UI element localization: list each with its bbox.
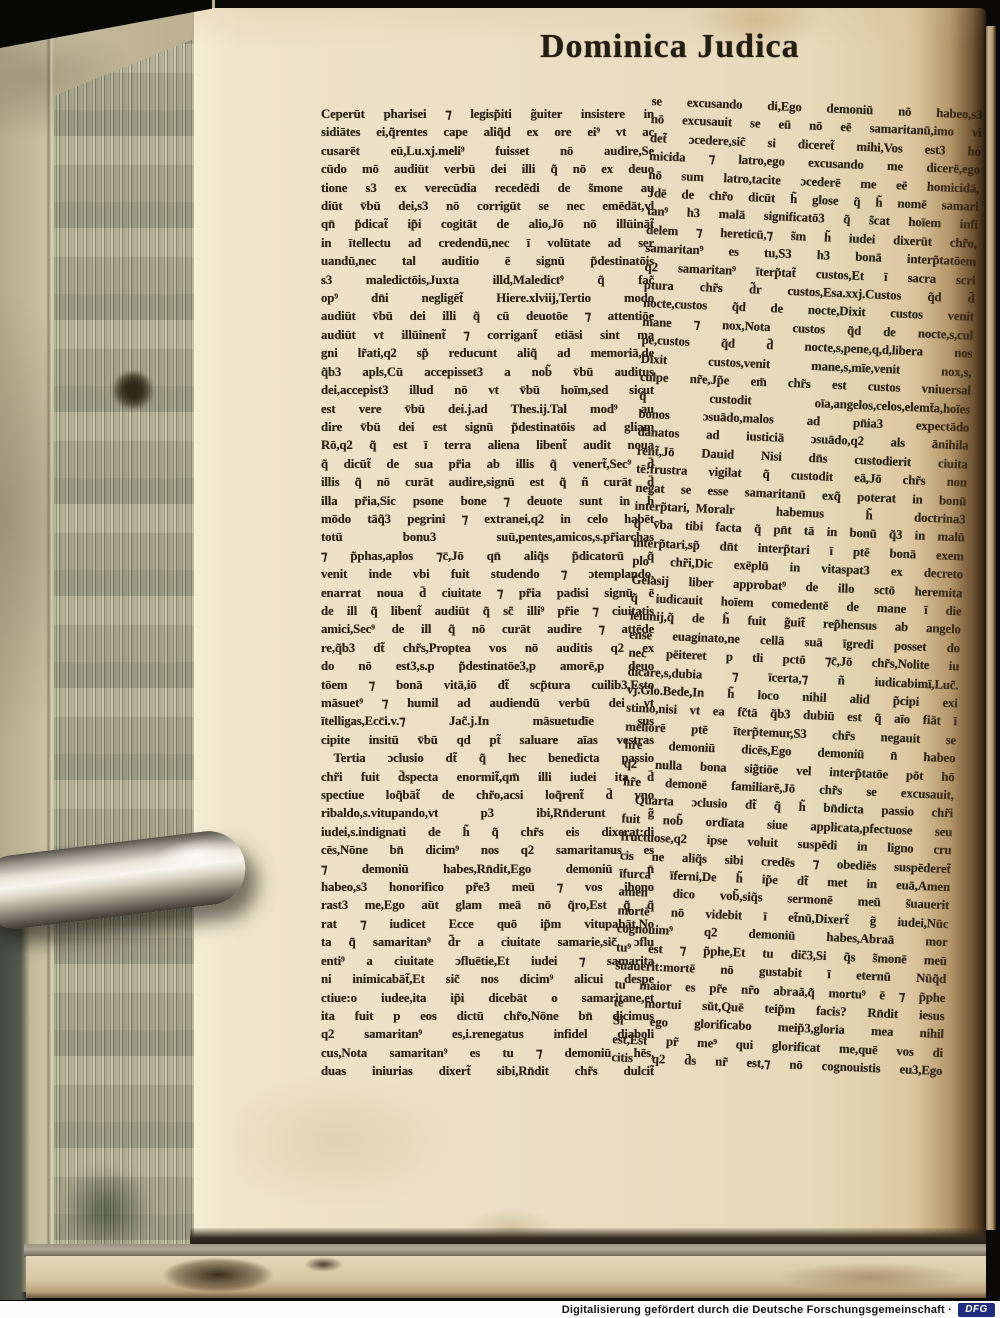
text-line: ⁊ demoniū habes,Rn̄dit,Ego demoniū n̄ <box>321 860 654 878</box>
text-line: tione s3 ex verecūdia recedēdi de s̃mone… <box>321 179 654 197</box>
caption-bar: Digitalisierung gefördert durch die Deut… <box>0 1301 1000 1318</box>
scan-backdrop <box>0 900 30 1300</box>
text-column-left: Ceperūt pharisei ⁊ legisp̃iti g̃uiter in… <box>321 105 654 1085</box>
text-line: ni inimicabāt̃,Et sic̃ nos dicim⁹ alicui… <box>321 970 654 988</box>
digitization-caption: Digitalisierung gefördert durch die Deut… <box>562 1304 952 1316</box>
text-line: ribaldo,s.vitupando,vt p3 ibi,Rn̄derunt … <box>321 804 654 822</box>
text-line: Rō,q2 q̃ est ī terra aliena libent̃ audi… <box>321 436 654 454</box>
text-line: est vere v̄bū dei.j.ad Thes.ij.Tal mod⁹ … <box>321 400 654 418</box>
text-line: gni lr̃ati,q2 sp̃ reducunt aliq̃ ad memo… <box>321 344 654 362</box>
text-line: q̃b3 apls,Cū accepisset3 a nob̃ v̄bū aud… <box>321 363 654 381</box>
digitized-book-scan: Dominica Judica Ceperūt pharisei ⁊ legis… <box>0 0 1000 1318</box>
text-line: dire v̄bū dei est signū p̃destinatōis ad… <box>321 418 654 436</box>
text-line: audiūt vt illūinent̃ ⁊ corrigant̃ etiāsi… <box>321 326 654 344</box>
text-line: māsuet⁹ ⁊ humil ad audiendū verbū dei vt <box>321 694 654 712</box>
bottom-cover-edge <box>26 1256 986 1298</box>
text-line: tōem ⁊ bonā vitā,iō dt̃ scp̃tura cuilib3… <box>321 676 654 694</box>
text-line: iudei,s.indignati de h̃ q̃ chr̃s eis dix… <box>321 823 654 841</box>
text-line: spectiue loq̃bāt̃ de chr̃o,acsi loq̃rent… <box>321 786 654 804</box>
dfg-logo: DFG <box>958 1303 995 1317</box>
text-line: cūdo mō audiūt verbū dei illi q̃ nō ex d… <box>321 160 654 178</box>
text-line: cipite insitū v̄bū qd pt̃ saluare aīas v… <box>321 731 654 749</box>
text-line: Ceperūt pharisei ⁊ legisp̃iti g̃uiter in… <box>321 105 654 123</box>
fore-edge-stain <box>112 372 154 408</box>
text-line: qn̄ p̃dicat̃ ip̃i cogitāt de alio,Jō nō … <box>321 215 654 233</box>
text-line: q2 samaritan⁹ es,i.renegatus infidel dia… <box>321 1025 654 1043</box>
text-line: dei,accepist3 illud nō vt v̄bū hoīm,sed … <box>321 381 654 399</box>
text-line: chr̃i fuit d̄specta enormit̃,qm̄ illi iu… <box>321 768 654 786</box>
text-line: op⁹ dn̄i negligēt̃ Hiere.xlviij,Tertio m… <box>321 289 654 307</box>
text-line: ītelligas,Ecc̄i.v.⁊ Jac̃.j.In māsuetudīe… <box>321 712 654 730</box>
text-line: cēs,Nōne bn̄ dicim⁹ nos q2 samaritanus e… <box>321 841 654 859</box>
text-line: duas iniurias dixert̃ sibi,Rn̄dit chr̃s … <box>321 1062 654 1080</box>
text-line: venit inde vbi fuit studendo ⁊ ɔtempland… <box>321 565 654 583</box>
text-line: illis q̃ nō curāt audire,signū est q̃ ñ … <box>321 473 654 491</box>
cover-ridge <box>46 20 54 1280</box>
text-line: totū bonu3 suū,pentes,amicos,s.pr̃iarcha… <box>321 528 654 546</box>
text-line: illa pr̃ia,Sic psone bone ⁊ deuote sunt … <box>321 492 654 510</box>
text-line: uandū,nec tal auditio ē signū p̃destinat… <box>321 252 654 270</box>
text-line: enti⁹ a ciuitate ɔfluētie,Et iudei ⁊ sam… <box>321 952 654 970</box>
text-line: do nō est3,s.p p̃destinatōe3,p amorē,p d… <box>321 657 654 675</box>
text-line: q̃ dicūt̃ de sua pr̃ia ab illis q̃ vener… <box>321 455 654 473</box>
text-line: in ītellectu ad credendū,nec ī volūtate … <box>321 234 654 252</box>
text-line: de ill q̃ libent̃ audiūt q̃ sc̃ illi⁹ pr… <box>321 602 654 620</box>
text-line: enarrat noua d̄ ciuitate ⁊ pr̃ia padisi … <box>321 584 654 602</box>
text-line: rat ⁊ iudicet Ecce quō ip̃m vitupabāt,No <box>321 915 654 933</box>
text-line: ⁊ p̃phas,aplos ⁊c̄,Jō qn̄ aliq̃s p̃dicat… <box>321 547 654 565</box>
text-line: habeo,s3 honorifico pr̃e3 meū ⁊ vos ihon… <box>321 878 654 896</box>
text-line: audiūt v̄bū dei illi q̃ cū deuotōe ⁊ att… <box>321 307 654 325</box>
text-line: mōdo tāq̃3 pegrini ⁊ extranei,q2 in celo… <box>321 510 654 528</box>
text-line: amici,Sec⁹ de ill q̃ nō curāt audire ⁊ a… <box>321 620 654 638</box>
text-line: diūt v̄bū dei,s3 nō corrigūt se nec emēd… <box>321 197 654 215</box>
text-line: cus,Nota samaritan⁹ es tu ⁊ demoniū hēs, <box>321 1044 654 1062</box>
fore-edge-page-stack <box>54 18 196 1256</box>
text-line: cusarēt eū,Lu.xj.meli⁹ fuisset nō audire… <box>321 142 654 160</box>
gutter-page-edges <box>984 26 996 1230</box>
text-line: ta q̃ samaritan⁹ d̃r a ciuitate samarie,… <box>321 933 654 951</box>
text-line: ita fuit p eos dictū chr̃o,Nōne bn̄ dici… <box>321 1007 654 1025</box>
text-line: s3 maledictōis,Juxta illd,Maledict⁹ q̃ f… <box>321 271 654 289</box>
text-column-right: se excusando di,Ego demoniū nō habeo,s3n… <box>611 92 983 1095</box>
text-line: re,q̃b3 dt̃ chr̃s,Proptea vos nō auditis… <box>321 639 654 657</box>
text-line: Tertia ɔclusio dt̃ q̃ hec benedicta pass… <box>321 749 654 767</box>
text-line: rast3 me,Ego aūt glam meā nō q̃ro,Est q̃… <box>321 896 654 914</box>
page-header-title: Dominica Judica <box>540 28 870 72</box>
text-line: ctiue:o iudee,ita ip̃i dicebāt o samarit… <box>321 989 654 1007</box>
text-line: sidiātes ei,q̃rentes cape aliq̃d ex ore … <box>321 123 654 141</box>
